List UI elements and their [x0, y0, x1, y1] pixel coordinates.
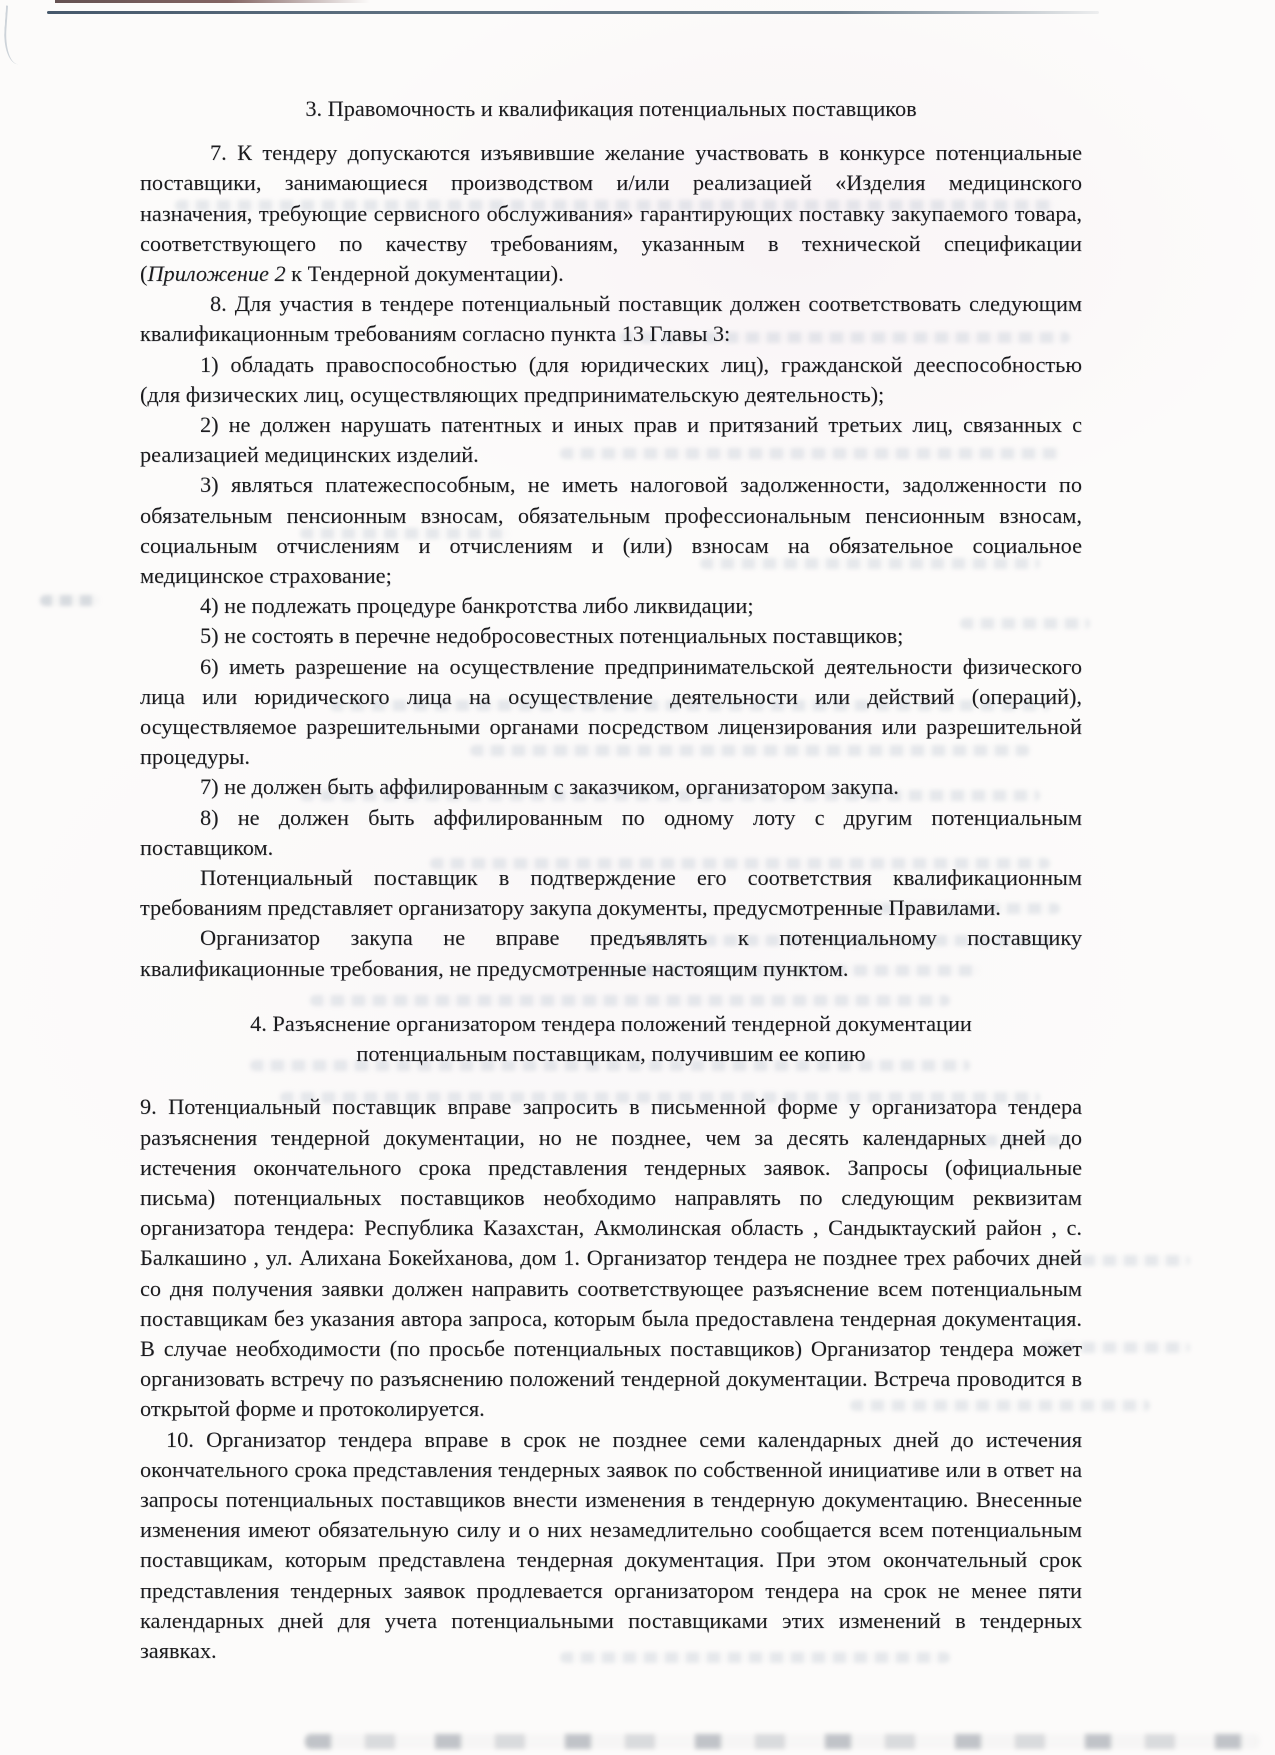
paragraph-7-text-end: к Тендерной документации).	[286, 261, 564, 286]
qualification-item-3: 3) являться платежеспособным, не иметь н…	[140, 470, 1082, 591]
qualification-item-5: 5) не состоять в перечне недобросовестны…	[140, 621, 1082, 651]
qualification-item-1: 1) обладать правоспособностью (для юриди…	[140, 350, 1082, 410]
scan-top-edge-line	[47, 11, 1099, 14]
document-body: 3. Правомочность и квалификация потенциа…	[140, 94, 1082, 1666]
scan-left-edge-curl	[2, 5, 24, 64]
scanned-document-page: 3. Правомочность и квалификация потенциа…	[0, 0, 1275, 1755]
qualification-item-6: 6) иметь разрешение на осуществление пре…	[140, 652, 1082, 773]
section4-heading-line2: потенциальным поставщикам, получившим ее…	[140, 1039, 1082, 1069]
bleed-through-bottom-strip	[305, 1734, 1260, 1749]
section4-heading-line1: 4. Разъяснение организатором тендера пол…	[140, 1009, 1082, 1039]
qualification-item-7: 7) не должен быть аффилированным с заказ…	[140, 772, 1082, 802]
scan-top-dark-strip	[55, 0, 370, 3]
paragraph-9: 9. Потенциальный поставщик вправе запрос…	[140, 1092, 1082, 1424]
paragraph-10: 10. Организатор тендера вправе в срок не…	[140, 1425, 1082, 1667]
paragraph-organizer-restriction: Организатор закупа не вправе предъявлять…	[140, 923, 1082, 983]
bleed-through-artifact	[40, 595, 100, 606]
paragraph-confirmation: Потенциальный поставщик в подтверждение …	[140, 863, 1082, 923]
qualification-item-2: 2) не должен нарушать патентных и иных п…	[140, 410, 1082, 470]
paragraph-8: 8. Для участия в тендере потенциальный п…	[140, 289, 1082, 349]
paragraph-7: 7. К тендеру допускаются изъявившие жела…	[140, 138, 1082, 289]
appendix-2-reference: Приложение 2	[147, 261, 285, 286]
qualification-item-8: 8) не должен быть аффилированным по одно…	[140, 803, 1082, 863]
qualification-item-4: 4) не подлежать процедуре банкротства ли…	[140, 591, 1082, 621]
section3-heading: 3. Правомочность и квалификация потенциа…	[140, 94, 1082, 124]
